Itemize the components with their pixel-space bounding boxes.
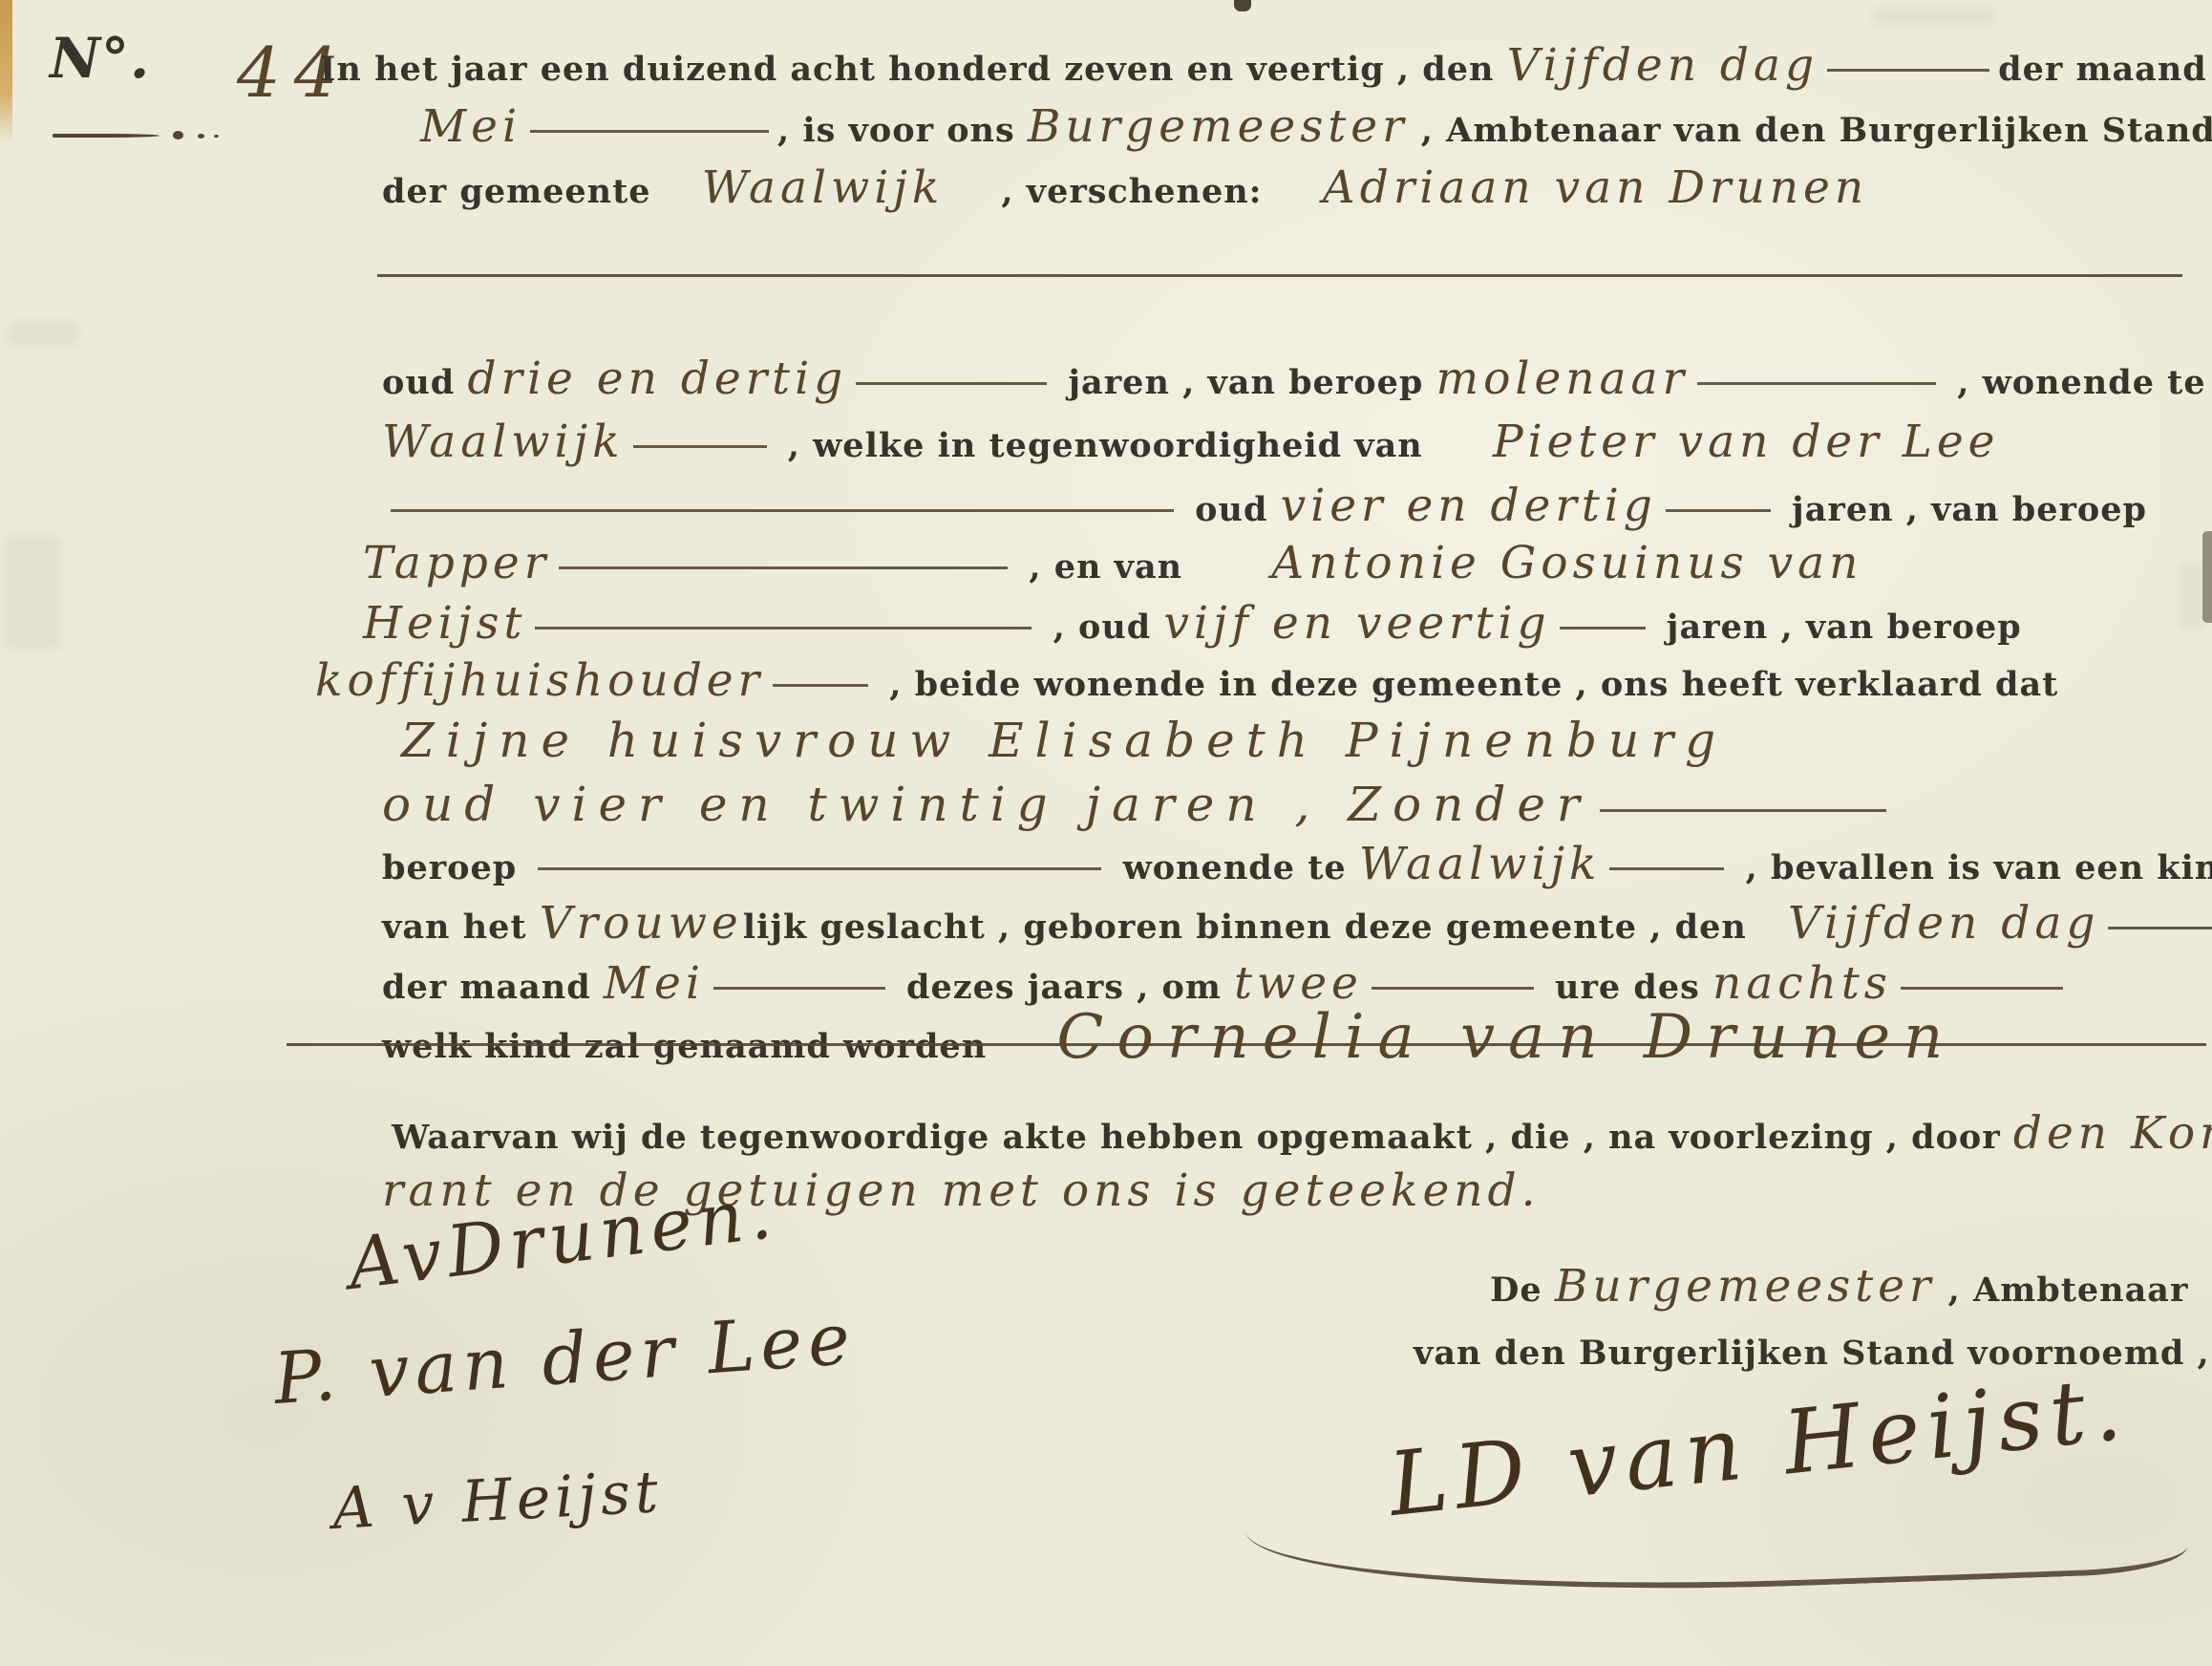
- scan-artifact: [1234, 0, 1251, 11]
- handwritten-text: Mei: [604, 957, 705, 1010]
- fill-line: [559, 566, 1008, 569]
- line-witness2-age: Heijst , oud vijf en veertig jaren , van…: [363, 600, 2022, 649]
- line-year-day: In het jaar een duizend acht honderd zev…: [320, 42, 2207, 91]
- handwritten-text: Burgemeester: [1555, 1260, 1936, 1313]
- line-child-name: welk kind zal genaamd worden Cornelia va…: [382, 1005, 1956, 1071]
- bleed-through-artifact: [8, 321, 78, 346]
- line-witness1-profession-witness2: Tapper , en van Antonie Gosuinus van: [363, 540, 1862, 588]
- handwritten-text: Antonie Gosuinus van: [1271, 537, 1862, 589]
- divider-bottom: [287, 1043, 2206, 1046]
- handwritten-text: Pieter van der Lee: [1493, 416, 2000, 468]
- fill-line: [2108, 927, 2212, 929]
- act-number-label: N°.: [50, 29, 150, 89]
- handwritten-text: Vrouwe: [540, 897, 743, 950]
- handwritten-text: vijf en veertig: [1163, 597, 1550, 650]
- handwritten-text: Vijfden dag: [1788, 897, 2099, 950]
- line-witness1-age: oud vier en dertig jaren , van beroep: [382, 482, 2147, 531]
- signature-flourish: [1245, 1498, 2188, 1605]
- printed-text: der maand: [382, 968, 604, 1007]
- handwritten-text: Waalwijk: [1359, 838, 1602, 890]
- printed-text: van het: [382, 908, 540, 947]
- fill-line: [391, 509, 1174, 512]
- handwritten-text: koffijhuishouder: [315, 654, 764, 707]
- line-closing-1: Waarvan wij de tegenwoordige akte hebben…: [392, 1110, 2212, 1159]
- line-month-official: Mei, is voor ons Burgemeester , Ambtenaa…: [420, 103, 2212, 152]
- handwritten-text: Burgemeester: [1028, 100, 1409, 153]
- printed-text: , bevallen is van een kind: [1733, 848, 2212, 887]
- handwritten-text: Waalwijk: [702, 161, 945, 214]
- printed-text: ure des: [1542, 968, 1712, 1007]
- fill-line: [1609, 867, 1724, 870]
- scan-edge-artifact: [0, 0, 12, 143]
- line-gender-birthday: van het Vrouwelijk geslacht , geboren bi…: [382, 900, 2212, 949]
- line-municipality-appeared: der gemeente Waalwijk, verschenen: Adria…: [382, 164, 1868, 213]
- printed-text: wonende te: [1110, 848, 1358, 887]
- handwritten-text: vier en dertig: [1281, 480, 1657, 532]
- line-official-title-1: De Burgemeester , Ambtenaar: [1490, 1263, 2188, 1312]
- printed-text: jaren , van beroep: [1055, 363, 1436, 402]
- handwritten-text: Waalwijk: [382, 416, 625, 468]
- document-page: N°.44In het jaar een duizend acht honder…: [0, 0, 2212, 1666]
- fill-line: [856, 382, 1047, 385]
- printed-text: De: [1490, 1271, 1555, 1310]
- handwritten-text: Mei: [420, 100, 521, 153]
- handwritten-text: Heijst: [363, 597, 526, 650]
- fill-line: [538, 867, 1101, 870]
- bleed-through-artifact: [4, 535, 61, 650]
- printed-text: , en van: [1016, 547, 1195, 587]
- printed-text: , Ambtenaar: [1935, 1271, 2188, 1310]
- printed-text: , verschenen:: [1001, 172, 1274, 211]
- handwritten-text: oud vier en twintig jaren , Zonder: [382, 777, 1591, 832]
- handwritten-text: drie en dertig: [467, 352, 847, 405]
- printed-text: Waarvan wij de tegenwoordige akte hebben…: [392, 1118, 2013, 1157]
- printed-text: , Ambtenaar van den Burgerlijken Stand,: [1409, 111, 2212, 150]
- fill-line: [1827, 69, 1989, 72]
- fill-line: [633, 445, 767, 448]
- printed-text: , beide wonende in deze gemeente , ons h…: [877, 665, 2058, 704]
- printed-text: oud: [382, 363, 467, 402]
- fill-line: [535, 627, 1032, 630]
- signature-witness1: P. van der Lee: [271, 1302, 858, 1419]
- fill-line: [1560, 627, 1646, 630]
- handwritten-text: den Kompa: [2013, 1107, 2212, 1160]
- printed-text: der gemeente: [382, 172, 664, 211]
- fill-line: [1600, 809, 1886, 812]
- handwritten-text: Tapper: [363, 537, 550, 589]
- line-mother-name: Zijne huisvrouw Elisabeth Pijnenburg: [401, 715, 1727, 766]
- signature-witness2: A v Heijst: [331, 1462, 665, 1541]
- fill-line: [1372, 987, 1534, 990]
- line-mother-age: oud vier en twintig jaren , Zonder: [382, 779, 1895, 830]
- line-witness2-profession: koffijhuishouder , beide wonende in deze…: [315, 657, 2058, 706]
- fill-line: [1901, 987, 2063, 990]
- line-no-profession-delivered: beroep wonende te Waalwijk , bevallen is…: [382, 841, 2212, 889]
- decorative-flourish: [53, 130, 224, 141]
- handwritten-text: Adriaan van Drunen: [1323, 161, 1868, 214]
- bleed-through-artifact: [2180, 562, 2204, 630]
- handwritten-text: P. van der Lee: [271, 1298, 858, 1420]
- printed-text: welk kind zal genaamd worden: [382, 1027, 999, 1066]
- printed-text: , wonende te: [1945, 363, 2206, 402]
- handwritten-text: A v Heijst: [330, 1459, 664, 1543]
- fill-line: [773, 684, 868, 687]
- line-declarant-age-profession: oud drie en dertig jaren , van beroep mo…: [382, 355, 2206, 404]
- printed-text: , welke in tegenwoordigheid van: [776, 426, 1436, 465]
- printed-text: jaren , van beroep: [1654, 608, 2022, 647]
- fill-line: [713, 987, 885, 990]
- printed-text: dezes jaars , om: [894, 968, 1234, 1007]
- printed-text: lijk geslacht , geboren binnen deze geme…: [743, 908, 1759, 947]
- handwritten-text: Vijfden dag: [1507, 39, 1819, 92]
- printed-text: oud: [1182, 490, 1281, 529]
- printed-text: , is voor ons: [777, 111, 1028, 150]
- printed-text: der maand: [1998, 50, 2207, 89]
- fill-line: [1666, 509, 1771, 512]
- handwritten-text: molenaar: [1436, 352, 1690, 405]
- printed-text: N°.: [50, 26, 150, 91]
- bleed-through-artifact: [1872, 8, 1996, 25]
- fill-line: [1697, 382, 1936, 385]
- fill-line: [530, 130, 769, 133]
- divider-top: [377, 274, 2182, 277]
- printed-text: In het jaar een duizend acht honderd zev…: [320, 50, 1507, 89]
- printed-text: jaren , van beroep: [1779, 490, 2147, 529]
- handwritten-text: Cornelia van Drunen: [1056, 1002, 1956, 1073]
- printed-text: beroep: [382, 848, 529, 887]
- line-residence-witness1: Waalwijk , welke in tegenwoordigheid van…: [382, 418, 1999, 467]
- printed-text: , oud: [1040, 608, 1163, 647]
- handwritten-text: Zijne huisvrouw Elisabeth Pijnenburg: [401, 713, 1727, 768]
